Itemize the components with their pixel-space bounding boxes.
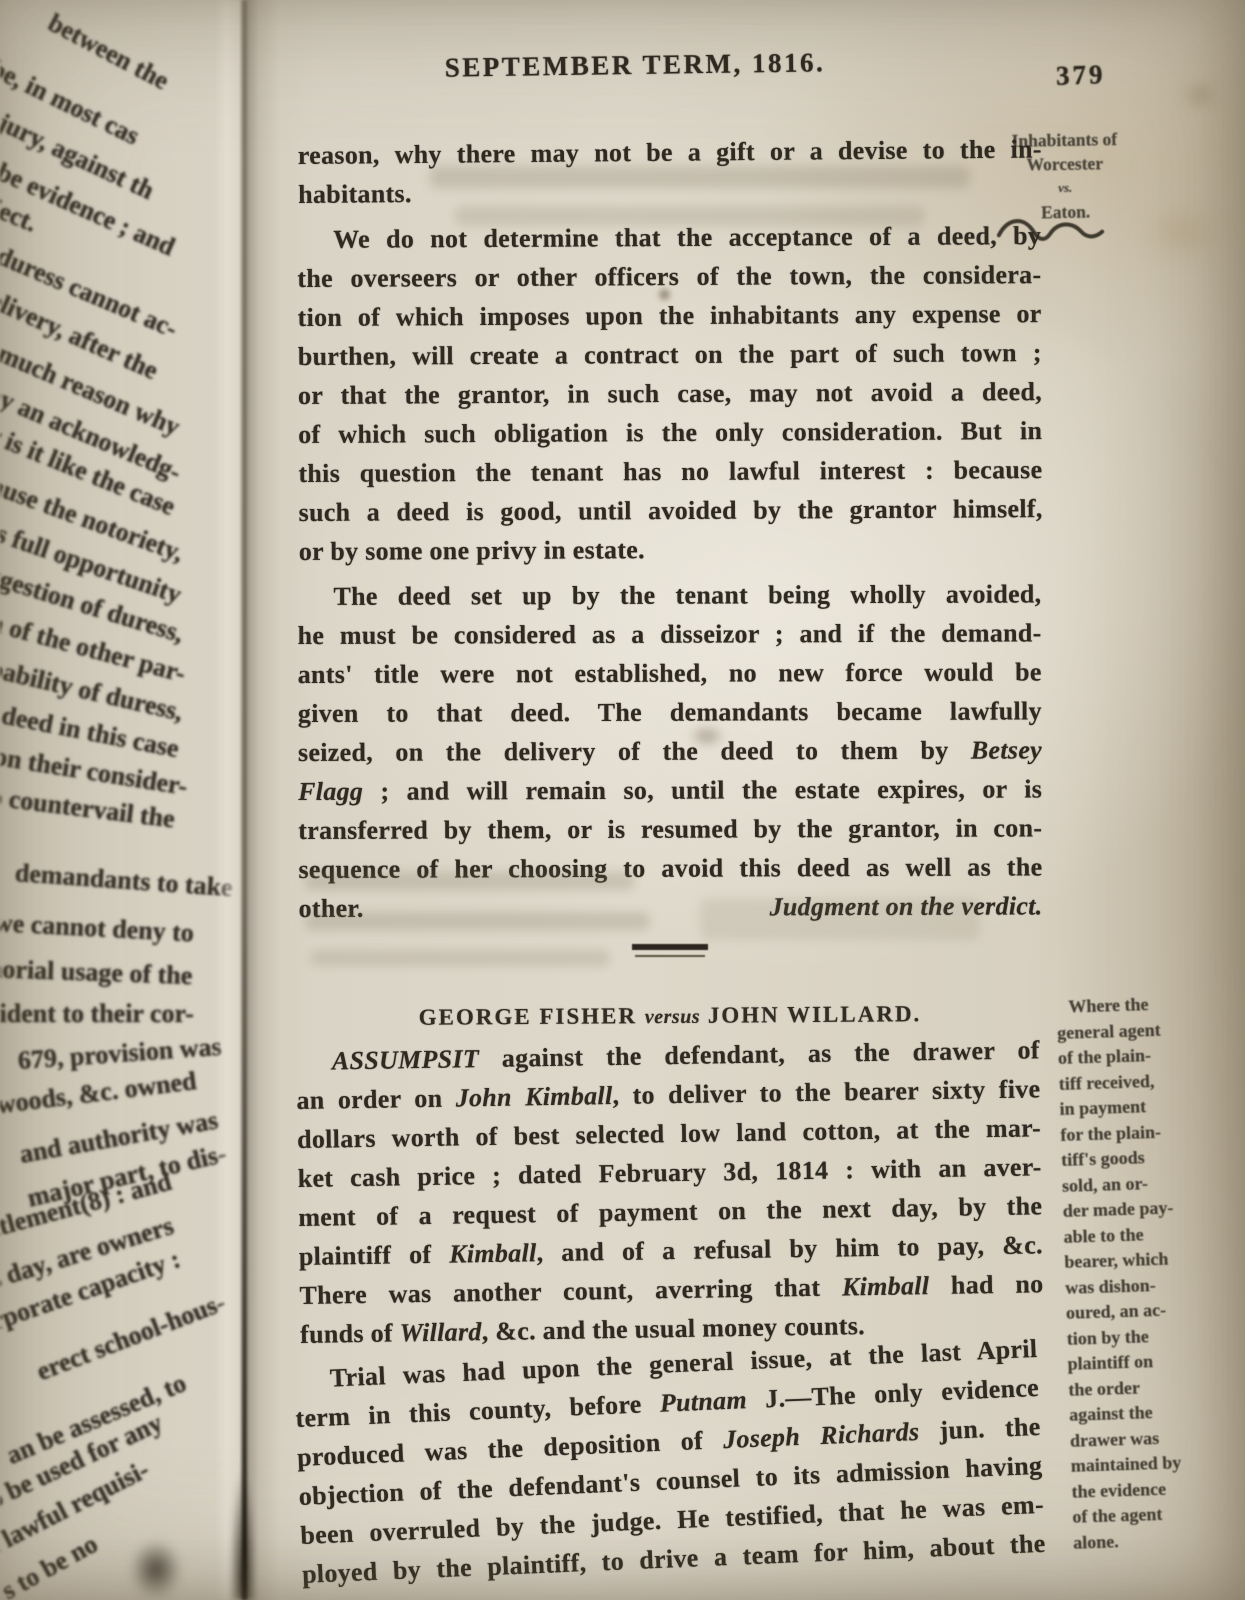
text: ; and will remain so, until the estate e… <box>363 774 1042 805</box>
text: The deed set up by the tenant being whol… <box>333 579 1041 610</box>
italic-text: Putnam <box>659 1385 747 1418</box>
italic-text: versus <box>645 1006 700 1028</box>
text-line: other.Judgment on the verdict. <box>298 886 1042 928</box>
text: reason, why there may not be a gift or a… <box>298 135 1042 170</box>
paragraph: ASSUMPSIT against the defendant, as the … <box>296 1030 1045 1354</box>
text-line: this question the tenant has no lawful i… <box>298 450 1042 493</box>
text: or that the grantor, in such case, may n… <box>298 377 1042 410</box>
text: an order on <box>296 1084 456 1115</box>
text: such a deed is good, until avoided by th… <box>299 494 1043 527</box>
text: dollars worth of best selected low land … <box>297 1113 1041 1154</box>
text-line: tion of which imposes upon the inhabitan… <box>297 294 1041 337</box>
text: transferred by them, or is resumed by th… <box>298 813 1042 845</box>
text: There was another count, averring that <box>299 1272 842 1310</box>
text: other. <box>298 894 363 923</box>
text: plaintiff of <box>299 1240 450 1271</box>
case-sidenote: Where thegeneral agentof the plain-tiff … <box>1056 990 1232 1556</box>
text-line: or by some one privy in estate. <box>299 528 1043 571</box>
text-line: he must be considered as a disseizor ; a… <box>298 613 1042 655</box>
text: given to that deed. The demandants becam… <box>298 696 1042 728</box>
italic-text: Willard <box>399 1317 481 1347</box>
text-line: ants' title were not established, no new… <box>298 652 1042 694</box>
text: , and of a refusal by him to pay, &c. <box>536 1230 1043 1267</box>
paragraph: We do not determine that the acceptance … <box>297 216 1043 571</box>
text-line: sequence of her choosing to avoid this d… <box>298 847 1042 889</box>
italic-text: Joseph Richards <box>723 1417 920 1454</box>
right-page: SEPTEMBER TERM, 1816. 379 Inhabitants of… <box>0 0 1245 1600</box>
text-line: such a deed is good, until avoided by th… <box>299 489 1043 532</box>
text: against the defendant, as the drawer of <box>479 1035 1040 1073</box>
text-line: The deed set up by the tenant being whol… <box>297 574 1041 616</box>
text: funds of <box>300 1318 400 1349</box>
text: ment of a request of payment on the next… <box>298 1191 1042 1232</box>
paragraph: reason, why there may not be a gift or a… <box>298 130 1043 214</box>
italic-text: Flagg <box>298 777 363 806</box>
text: JOHN WILLARD. <box>700 1001 921 1028</box>
section-divider <box>298 934 1042 988</box>
running-head: SEPTEMBER TERM, 1816. <box>290 45 980 86</box>
sidenote-line: alone. <box>1073 1525 1232 1555</box>
text-line: reason, why there may not be a gift or a… <box>298 130 1042 175</box>
text: ket cash price ; dated February 3d, 1814… <box>297 1152 1041 1193</box>
book-photo: between thebe, in most casa jury, agains… <box>0 0 1245 1600</box>
text-line: seized, on the delivery of the deed to t… <box>298 730 1042 772</box>
italic-text: Kimball <box>842 1271 930 1301</box>
text-line: burthen, will create a contract on the p… <box>298 333 1042 376</box>
text: this question the tenant has no lawful i… <box>298 455 1042 488</box>
body-column: reason, why there may not be a gift or a… <box>298 136 1042 1600</box>
text: of which such obligation is the only con… <box>298 416 1042 449</box>
paragraph: The deed set up by the tenant being whol… <box>297 574 1042 928</box>
italic-text: Kimball <box>449 1238 537 1268</box>
text: GEORGE FISHER <box>419 1003 645 1030</box>
text-line: habitants. <box>298 169 1042 214</box>
italic-text: ASSUMPSIT <box>332 1044 480 1075</box>
judgment-text: Judgment on the verdict. <box>769 886 1042 926</box>
text: tion of which imposes upon the inhabitan… <box>298 299 1042 332</box>
text: , to deliver to the bearer sixty five <box>612 1074 1040 1110</box>
text: habitants. <box>298 179 412 209</box>
text: jun. the <box>919 1412 1041 1446</box>
text-line: or that the grantor, in such case, may n… <box>298 372 1042 415</box>
divider-rule-thin <box>635 955 705 957</box>
text-line: transferred by them, or is resumed by th… <box>298 808 1042 850</box>
text: burthen, will create a contract on the p… <box>298 338 1042 371</box>
text: other. <box>298 889 363 928</box>
italic-text: Judgment on the verdict. <box>770 891 1043 921</box>
italic-text: John Kimball <box>455 1081 612 1112</box>
text: the overseers or other officers of the t… <box>297 260 1041 293</box>
text: seized, on the delivery of the deed to t… <box>298 736 971 767</box>
text-line: the overseers or other officers of the t… <box>297 255 1041 298</box>
text-line: given to that deed. The demandants becam… <box>298 691 1042 733</box>
text-line: of which such obligation is the only con… <box>298 411 1042 454</box>
paragraph: Trial was had upon the general issue, at… <box>293 1329 1046 1594</box>
text: had no <box>929 1269 1044 1300</box>
italic-text: Betsey <box>971 735 1042 764</box>
divider-rule-thick <box>632 944 708 950</box>
text: sequence of her choosing to avoid this d… <box>298 852 1042 884</box>
text-line: We do not determine that the acceptance … <box>297 216 1041 259</box>
text: ants' title were not established, no new… <box>298 657 1042 689</box>
text: he must be considered as a disseizor ; a… <box>298 618 1042 650</box>
page-number: 379 <box>1055 59 1106 92</box>
text-line: Flagg ; and will remain so, until the es… <box>298 769 1042 811</box>
text: or by some one privy in estate. <box>299 535 645 566</box>
text: We do not determine that the acceptance … <box>333 221 1041 254</box>
